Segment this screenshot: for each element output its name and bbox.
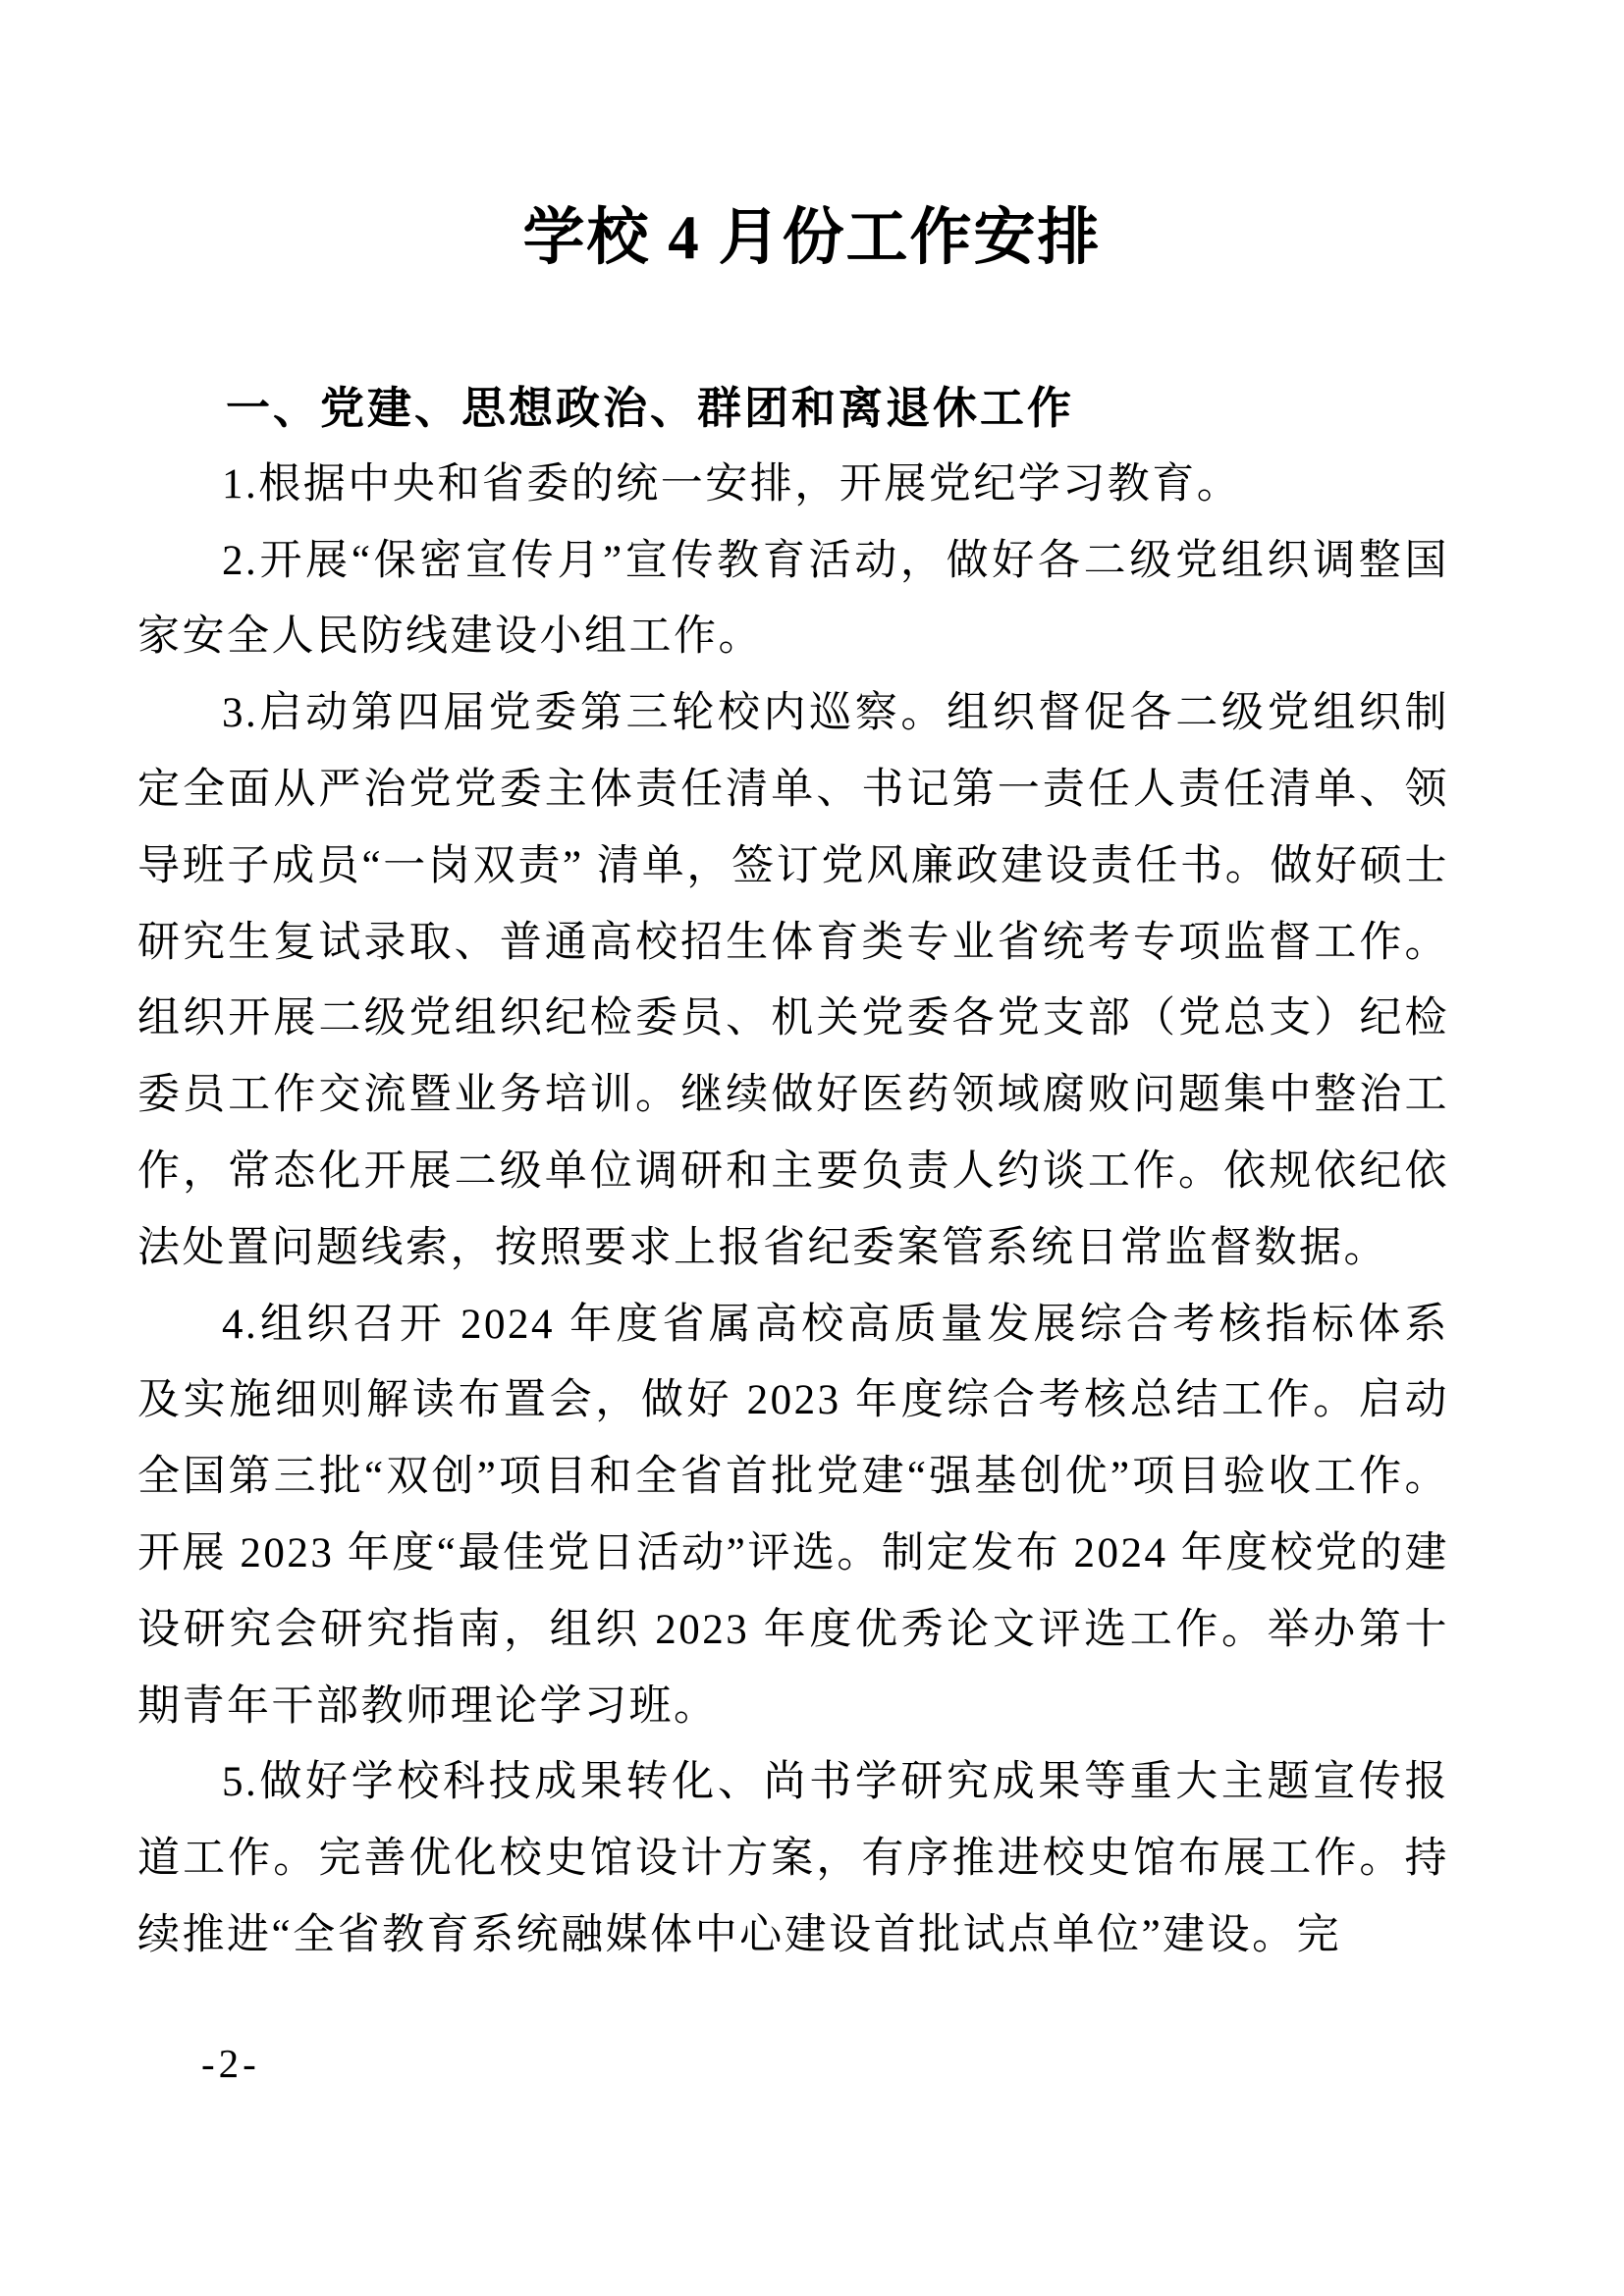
paragraph-3: 3.启动第四届党委第三轮校内巡察。组织督促各二级党组织制定全面从严治党党委主体责… xyxy=(137,675,1449,1286)
paragraph-4: 4.组织召开 2024 年度省属高校高质量发展综合考核指标体系及实施细则解读布置… xyxy=(137,1287,1449,1745)
document-title: 学校 4 月份工作安排 xyxy=(0,191,1624,285)
paragraph-1: 1.根据中央和省委的统一安排，开展党纪学习教育。 xyxy=(137,447,1449,523)
document-page: 学校 4 月份工作安排 一、党建、思想政治、群团和离退休工作 1.根据中央和省委… xyxy=(0,0,1624,2296)
page-number: -2- xyxy=(201,2040,260,2087)
section-heading: 一、党建、思想政治、群团和离退休工作 xyxy=(137,370,1449,447)
paragraph-2: 2.开展“保密宣传月”宣传教育活动，做好各二级党组织调整国家安全人民防线建设小组… xyxy=(137,523,1449,676)
paragraph-5: 5.做好学校科技成果转化、尚书学研究成果等重大主题宣传报道工作。完善优化校史馆设… xyxy=(137,1744,1449,1973)
document-body: 一、党建、思想政治、群团和离退休工作 1.根据中央和省委的统一安排，开展党纪学习… xyxy=(137,370,1449,1974)
